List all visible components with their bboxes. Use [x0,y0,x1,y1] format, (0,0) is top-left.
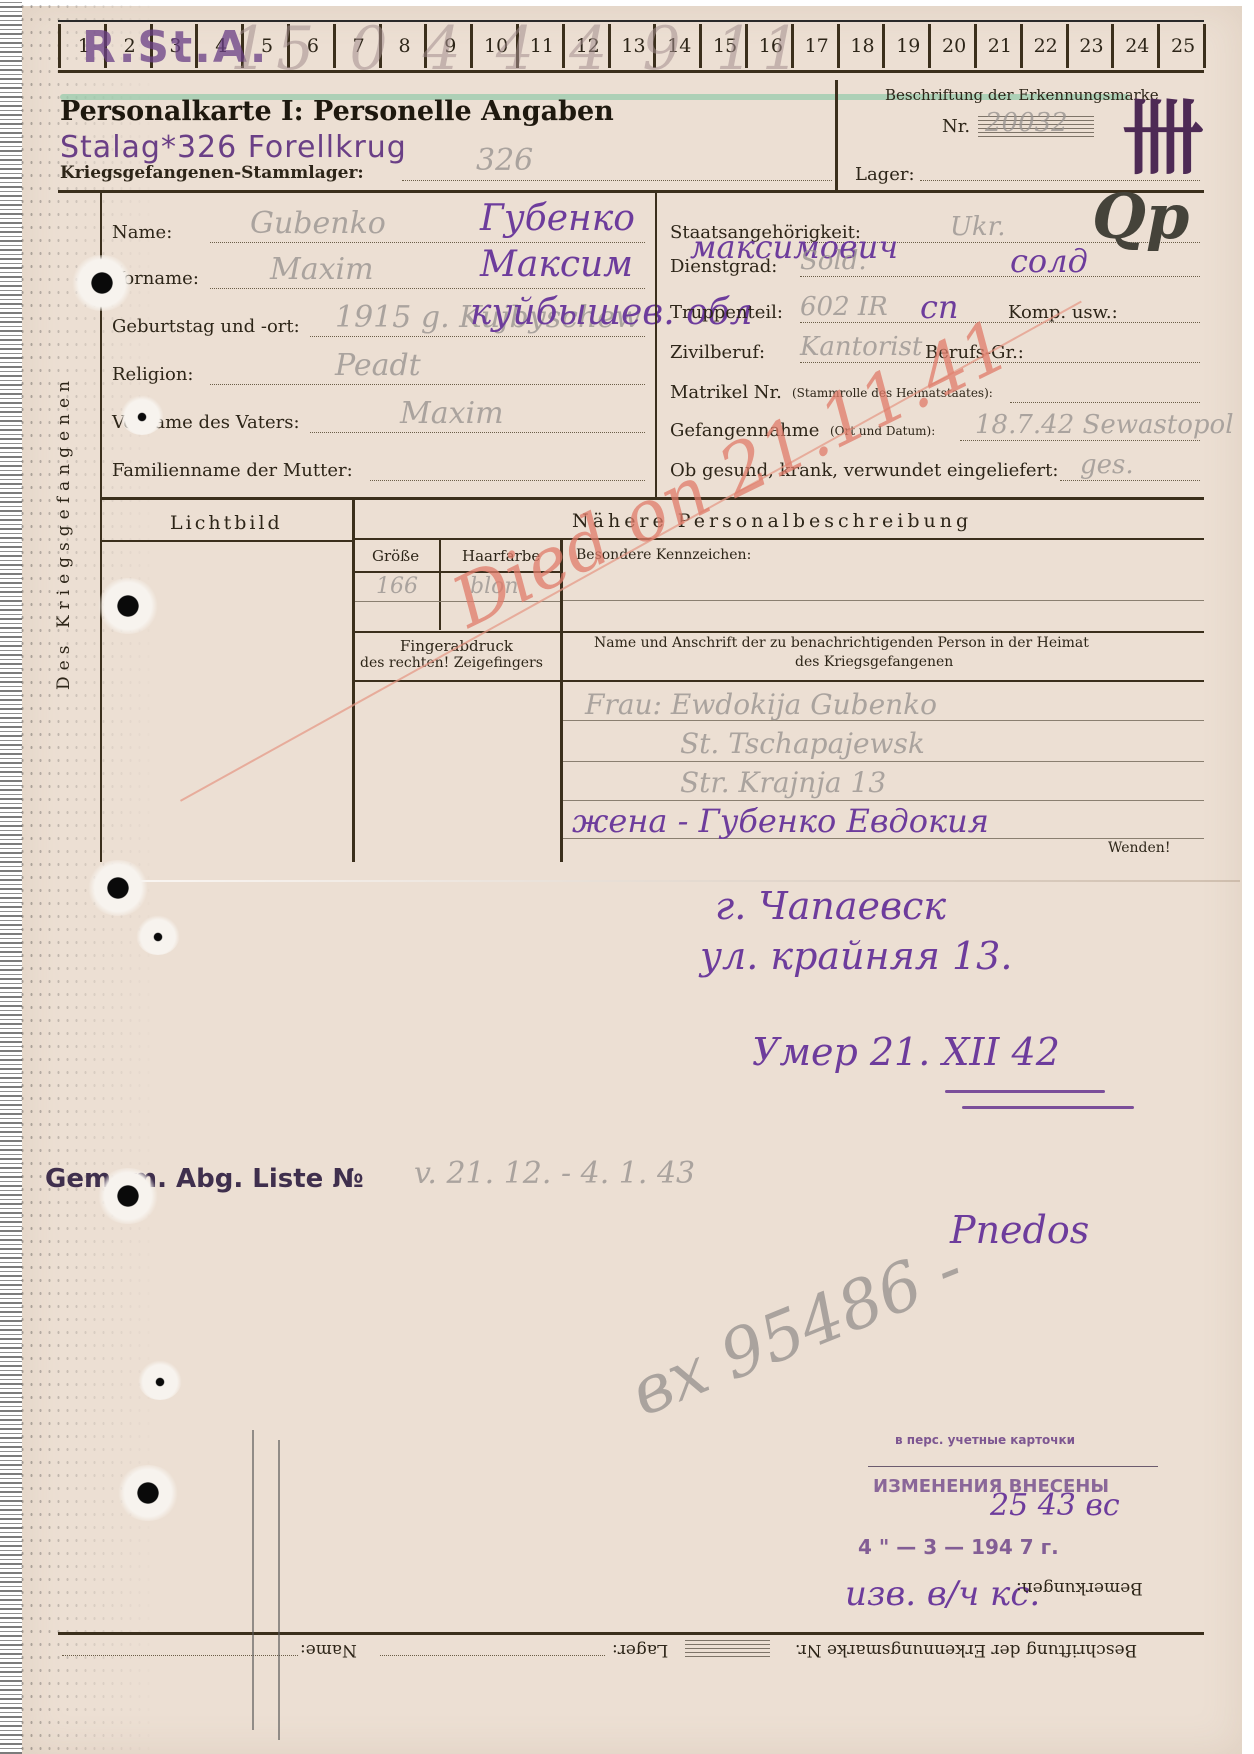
bottom-lager: Lager: [612,1640,668,1660]
left-field-label: Geburtstag und -ort: [112,316,300,337]
ink-line-city: г. Чапаевск [715,884,946,928]
left-field-pencil: Maxim [400,396,504,431]
right-field-line [1060,480,1200,481]
ink-underline-2 [962,1106,1134,1109]
right-field-pencil: Sold. [800,246,867,276]
right-field-line [960,440,1200,441]
bottom-strip-line [58,1632,1204,1635]
contact-label-1: Name und Anschrift der zu benachrichtige… [594,635,1089,651]
finger-label-2: des rechten! Zeigefingers [360,655,543,671]
ink-line-died: Умер 21. XII 42 [752,1030,1060,1074]
ruler-cell: 25 [1157,24,1206,68]
cross-stamp-icon: 卌 [1122,98,1204,180]
bemerkungen-label: Bemerkungen: [1016,1578,1143,1598]
fields-divider [655,192,657,497]
punch-hole [116,1465,180,1521]
contact-label-2: des Kriegsgefangenen [795,654,953,670]
changes-ink-2: изв. в/ч кс. [845,1574,1040,1614]
ruler-cell: 22 [1020,24,1069,68]
right-field-ink: солд [1010,242,1088,280]
left-field-line [210,288,645,289]
bottom-name-field [62,1655,298,1656]
left-field-ink: Губенко [480,198,635,239]
nahere-line [355,538,1204,540]
contact-header-line [563,680,1204,682]
card-title: Personalkarte I: Personelle Angaben [60,96,614,127]
right-field-label: Zivilberuf: [670,342,765,363]
kennzeichen-line [563,600,1204,601]
right-field-pencil: 18.7.42 Sewastopol [975,410,1234,440]
wenden-label: Wenden! [1108,840,1170,856]
pencil-id-number: 15 0 4 4 4 9 11 [230,14,808,84]
stammlager-value: 326 [476,143,533,178]
left-field-pencil: Gubenko [250,206,386,241]
punch-hole [136,915,180,955]
right-field-label: Dienstgrad: [670,256,777,277]
left-field-label: Name: [112,222,172,243]
bottom-lager-field [380,1655,605,1656]
stammlager-field [402,180,832,181]
fold-crease [140,880,1240,882]
left-field-line [310,432,645,433]
nr-label: Nr. [942,116,970,137]
right-field-line [800,322,1200,323]
lager-label: Lager: [855,164,915,185]
right-field-pencil: ges. [1080,450,1134,480]
abg-liste-stamp: Gem. m. Abg. Liste № [45,1164,364,1194]
side-label: Des Kriegsgefangenen [54,375,74,690]
contact-pencil-1: Frau: Ewdokija Gubenko [585,688,937,721]
left-field-pencil: Peadt [335,348,421,383]
groesse-divider [439,540,441,630]
changes-stamp-date: 4 " — 3 — 194 7 г. [858,1535,1059,1559]
stammlager-label: Kriegsgefangenen-Stammlager: [60,163,364,183]
right-field-label: Matrikel Nr. [670,382,782,403]
punch-hole [70,255,134,311]
contact-pencil-2: St. Tschapajewsk [680,727,925,760]
punch-hole [138,1360,182,1400]
bottom-beschriftung: Beschriftung der Erkennungsmarke Nr. [795,1640,1137,1660]
ruler-cell: 18 [837,24,886,68]
header-bottom-line [58,190,1204,193]
header-divider [835,80,838,190]
bottom-nr-lines [685,1640,770,1658]
ruler-cell: 19 [882,24,931,68]
ink-line-street: ул. крайняя 13. [700,934,1012,978]
finger-bottom-line [355,680,560,682]
lichtbild-line [100,540,352,542]
right-field-pencil: Ukr. [950,212,1006,242]
changes-stamp-header: в перс. учетные карточки [895,1433,1075,1447]
punch-hole [86,860,150,916]
corner-mark: Qp [1092,180,1189,253]
changes-ink-1: 25 43 вс [990,1488,1120,1523]
ruler-cell: 20 [928,24,977,68]
right-field-line [1010,402,1200,403]
left-field-line [210,384,645,385]
erkennungsmarke-label: Beschriftung der Erkennungsmarke [885,86,1159,104]
margin-line-2 [278,1440,280,1740]
ruler-cell: 24 [1111,24,1160,68]
punch-hole [120,395,164,435]
left-field-line [310,336,645,337]
contact-ink: жена - Губенко Евдокия [572,802,989,840]
groesse-value: 166 [376,574,418,599]
bottom-name: Name: [300,1640,357,1660]
margin-line-1 [252,1430,254,1730]
groesse-label: Größe [372,547,419,565]
left-field-pencil: Maxim [270,252,374,287]
right-field-line [800,276,1200,277]
changes-stamp-line [868,1466,1158,1467]
right-field-label: Truppenteil: [670,302,783,323]
punch-hole [96,1168,160,1224]
left-field-label: Familienname der Mutter: [112,460,353,481]
ruler-end [1203,24,1206,68]
ruler-cell: 21 [974,24,1023,68]
abg-liste-value: v. 21. 12. - 4. 1. 43 [414,1156,695,1191]
right-field-pencil: 602 IR [800,292,888,322]
contact-line-2 [563,761,1204,762]
left-field-line [370,480,645,481]
left-field-line [210,242,645,243]
ruler-cell: 23 [1066,24,1115,68]
lichtbild-label: Lichtbild [170,512,283,534]
left-field-ink: Максим [480,244,633,285]
ink-underline-1 [945,1090,1105,1093]
left-field-label: Religion: [112,364,194,385]
punch-hole [96,578,160,634]
contact-line-3 [563,800,1204,801]
stalag-stamp: Stalag*326 Forellkrug [60,130,407,165]
contact-pencil-3: Str. Krajnja 13 [680,766,886,799]
nr-value: 20032 [985,108,1068,138]
signature: Pnedos [950,1208,1089,1252]
